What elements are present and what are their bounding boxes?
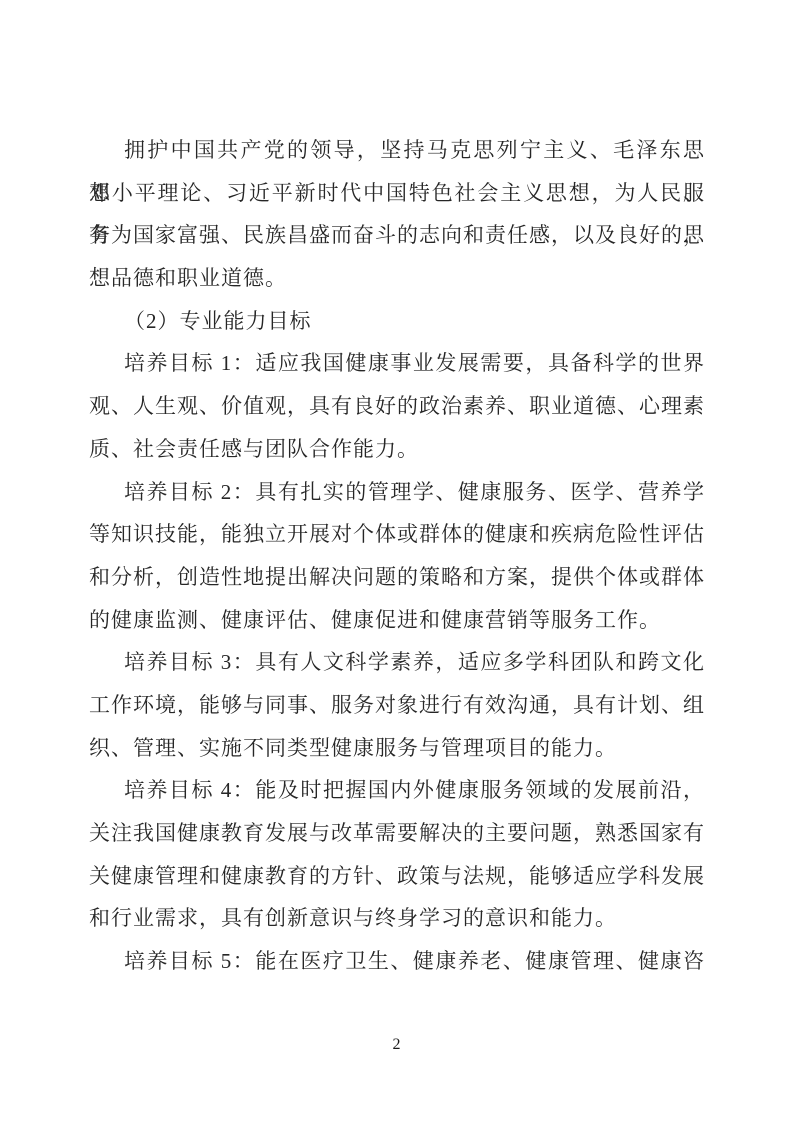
page-number: 2 — [393, 1036, 401, 1053]
paragraph-line: 关健康管理和健康教育的方针、政策与法规，能够适应学科发展 — [89, 855, 705, 898]
paragraph-goal-1: 培养目标 1：适应我国健康事业发展需要，具备科学的世界 观、人生观、价值观，具有… — [89, 342, 705, 470]
paragraph-line: 和分析，创造性地提出解决问题的策略和方案，提供个体或群体 — [89, 556, 705, 599]
paragraph-line: 关注我国健康教育发展与改革需要解决的主要问题，熟悉国家有 — [89, 812, 705, 855]
paragraph-line: 织、管理、实施不同类型健康服务与管理项目的能力。 — [89, 727, 705, 770]
paragraph-line: 有为国家富强、民族昌盛而奋斗的志向和责任感，以及良好的思 — [89, 214, 705, 257]
paragraph-line: 等知识技能，能独立开展对个体或群体的健康和疾病危险性评估 — [89, 513, 705, 556]
paragraph-line: 培养目标 4：能及时把握国内外健康服务领域的发展前沿， — [89, 769, 705, 812]
paragraph-line: 想品德和职业道德。 — [89, 257, 705, 300]
paragraph-line: 培养目标 3：具有人文科学素养，适应多学科团队和跨文化 — [89, 641, 705, 684]
paragraph-line: 和行业需求，具有创新意识与终身学习的意识和能力。 — [89, 897, 705, 940]
paragraph-line: 拥护中国共产党的领导，坚持马克思列宁主义、毛泽东思想、 — [89, 129, 705, 172]
page-body-text: 拥护中国共产党的领导，坚持马克思列宁主义、毛泽东思想、 邓小平理论、习近平新时代… — [89, 129, 705, 983]
section-heading-line: （2）专业能力目标 — [89, 300, 705, 343]
paragraph-ideology: 拥护中国共产党的领导，坚持马克思列宁主义、毛泽东思想、 邓小平理论、习近平新时代… — [89, 129, 705, 300]
paragraph-line: 培养目标 5：能在医疗卫生、健康养老、健康管理、健康咨 — [89, 940, 705, 983]
paragraph-goal-5: 培养目标 5：能在医疗卫生、健康养老、健康管理、健康咨 — [89, 940, 705, 983]
paragraph-line: 培养目标 1：适应我国健康事业发展需要，具备科学的世界 — [89, 342, 705, 385]
paragraph-goal-4: 培养目标 4：能及时把握国内外健康服务领域的发展前沿， 关注我国健康教育发展与改… — [89, 769, 705, 940]
paragraph-line: 观、人生观、价值观，具有良好的政治素养、职业道德、心理素 — [89, 385, 705, 428]
paragraph-goal-2: 培养目标 2：具有扎实的管理学、健康服务、医学、营养学 等知识技能，能独立开展对… — [89, 471, 705, 642]
page-footer: 2 — [0, 1036, 793, 1054]
paragraph-line: 邓小平理论、习近平新时代中国特色社会主义思想，为人民服务， — [89, 172, 705, 215]
paragraph-goal-3: 培养目标 3：具有人文科学素养，适应多学科团队和跨文化 工作环境，能够与同事、服… — [89, 641, 705, 769]
document-page: 拥护中国共产党的领导，坚持马克思列宁主义、毛泽东思想、 邓小平理论、习近平新时代… — [0, 0, 793, 1122]
paragraph-line: 工作环境，能够与同事、服务对象进行有效沟通，具有计划、组 — [89, 684, 705, 727]
paragraph-line: 的健康监测、健康评估、健康促进和健康营销等服务工作。 — [89, 599, 705, 642]
paragraph-line: 质、社会责任感与团队合作能力。 — [89, 428, 705, 471]
section-heading-professional-ability: （2）专业能力目标 — [89, 300, 705, 343]
paragraph-line: 培养目标 2：具有扎实的管理学、健康服务、医学、营养学 — [89, 471, 705, 514]
